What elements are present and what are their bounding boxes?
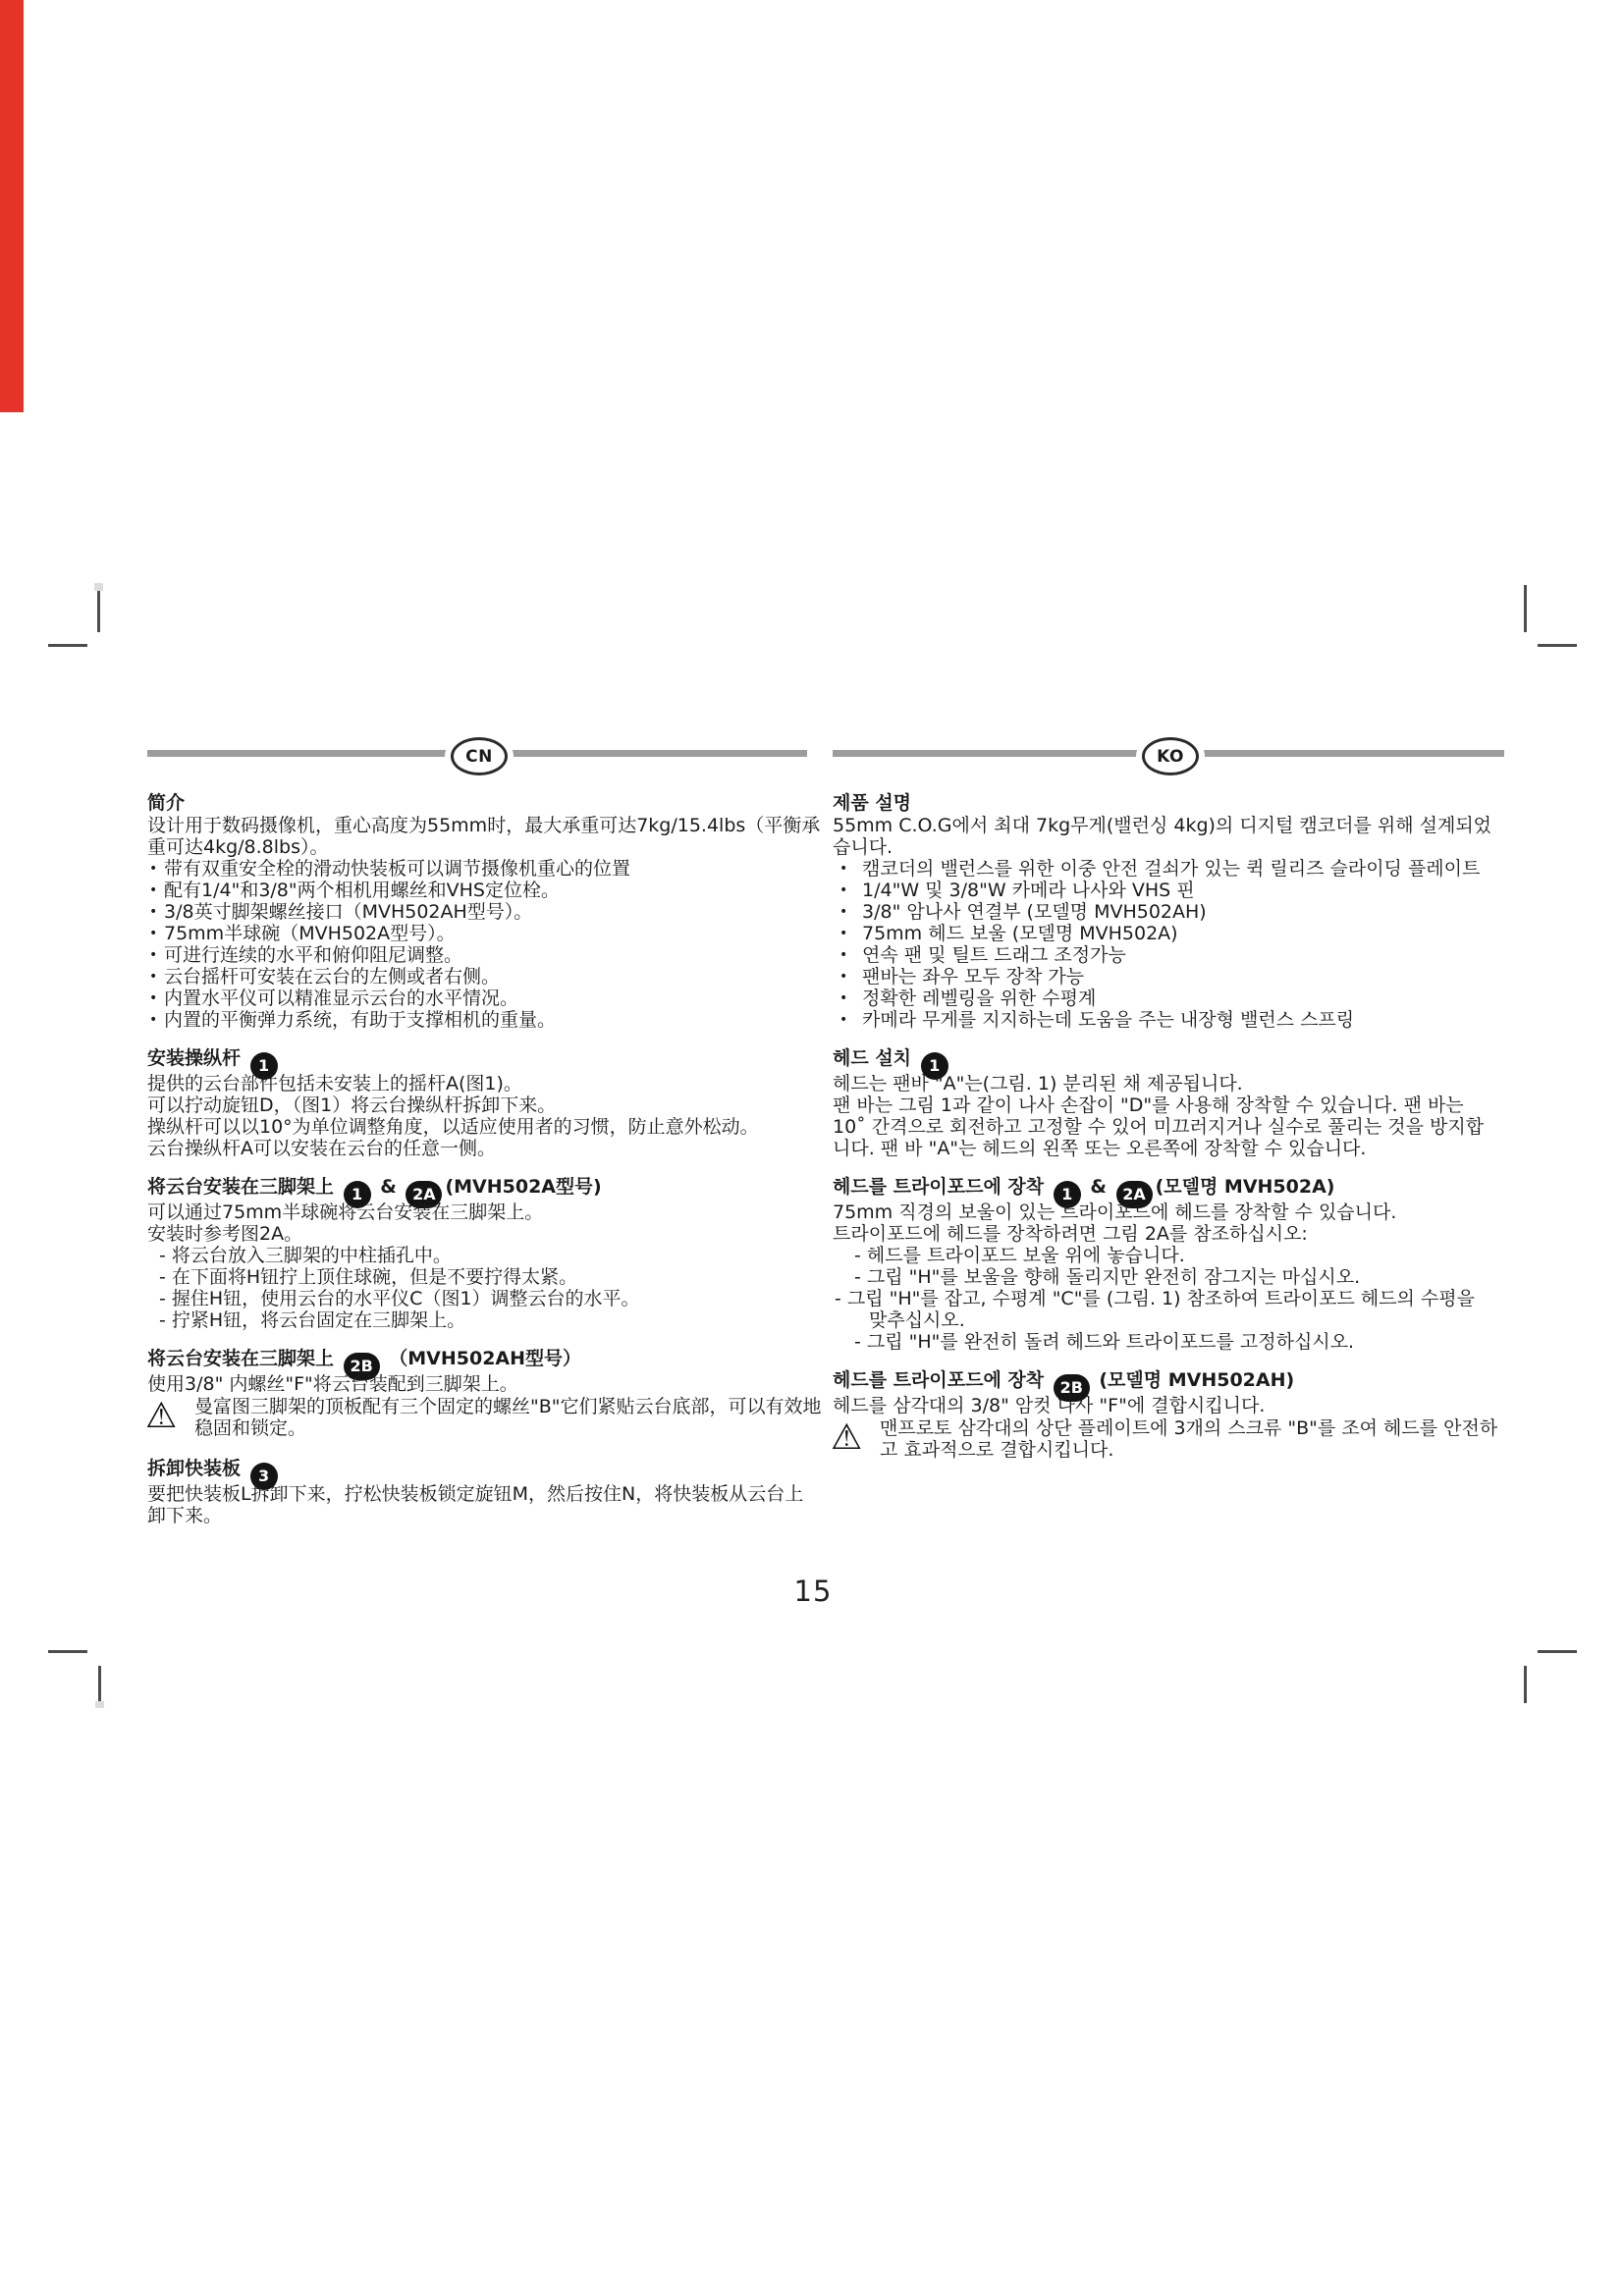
bullet-item: •3/8英寸脚架螺丝接口（MVH502AH型号）。: [147, 901, 811, 923]
step-line: - 그립 "H"를 완전히 돌려 헤드와 트라이포드를 고정하십시오.: [833, 1331, 1510, 1353]
text-line: 습니다.: [833, 836, 1510, 858]
step-line: - 그립 "H"를 보울을 향해 돌리지만 완전히 잠그지는 마십시오.: [833, 1266, 1510, 1288]
text-line: 设计用于数码摄像机，重心高度为55mm时，最大承重可达7kg/15.4lbs（平…: [147, 815, 811, 836]
text-line: 操纵杆可以以10°为单位调整角度，以适应使用者的习惯，防止意外松动。: [147, 1116, 811, 1138]
step-line: - 拧紧H钮，将云台固定在三脚架上。: [147, 1309, 811, 1331]
text-line: 卸下来。: [147, 1505, 811, 1526]
crop-mark-bottom-right-vertical: [1524, 1666, 1527, 1703]
bullet-icon: •: [149, 944, 157, 966]
crop-mark-top-left-horizontal: [48, 644, 87, 647]
text-line: 팬 바는 그림 1과 같이 나사 손잡이 "D"를 사용해 장착할 수 있습니다…: [833, 1095, 1510, 1116]
crop-mark-top-right-horizontal: [1538, 644, 1577, 647]
warning-icon: ⚠: [831, 1418, 862, 1458]
step-line: - 将云台放入三脚架的中柱插孔中。: [147, 1245, 811, 1266]
text-line: 可以通过75mm半球碗将云台安装在三脚架上。: [147, 1201, 811, 1223]
bullet-item: •75mm 헤드 보울 (모델명 MVH502A): [833, 923, 1510, 944]
text-line: 니다. 팬 바 "A"는 헤드의 왼쪽 또는 오른쪽에 장착할 수 있습니다.: [833, 1138, 1510, 1159]
bullet-icon: •: [839, 966, 847, 988]
section-heading: 헤드를 트라이포드에 장착 2B (모델명 MVH502AH): [833, 1365, 1510, 1395]
warning-text-line: 曼富图三脚架的顶板配有三个固定的螺丝"B"它们紧贴云台底部，可以有效地: [194, 1396, 811, 1417]
text-line: 重可达4kg/8.8lbs）。: [147, 836, 811, 858]
text-line: 云台操纵杆A可以安装在云台的任意一侧。: [147, 1138, 811, 1159]
text-line: 提供的云台部件包括未安装上的摇杆A(图1)。: [147, 1073, 811, 1095]
section-heading: 安装操纵杆 1: [147, 1043, 811, 1073]
bullet-icon: •: [149, 901, 157, 923]
warning-icon: ⚠: [145, 1397, 177, 1436]
section-heading: 헤드를 트라이포드에 장착 1 & 2A(모델명 MVH502A): [833, 1172, 1510, 1201]
bullet-item: •카메라 무게를 지지하는데 도움을 주는 내장형 밸런스 스프링: [833, 1009, 1510, 1031]
section-heading: 헤드 설치 1: [833, 1043, 1510, 1073]
section-heading: 简介: [147, 791, 811, 815]
section-heading: 제품 설명: [833, 791, 1510, 815]
korean-column: 제품 설명55mm C.O.G에서 최대 7kg무게(밸런싱 4kg)의 디지털…: [833, 785, 1510, 1463]
bullet-item: •연속 팬 및 틸트 드래그 조정가능: [833, 944, 1510, 966]
bullet-icon: •: [839, 858, 847, 880]
section-heading: 将云台安装在三脚架上 1 & 2A(MVH502A型号): [147, 1172, 811, 1201]
bullet-item: •内置水平仪可以精准显示云台的水平情况。: [147, 988, 811, 1009]
text-line: 10˚ 간격으로 회전하고 고정할 수 있어 미끄러지거나 실수로 풀리는 것을…: [833, 1116, 1510, 1138]
bullet-item: •정확한 레벨링을 위한 수평계: [833, 988, 1510, 1009]
bullet-item: •内置的平衡弹力系统，有助于支撑相机的重量。: [147, 1009, 811, 1031]
crop-mark-bottom-right-horizontal: [1538, 1650, 1577, 1653]
page-number: 15: [774, 1575, 852, 1608]
bullet-icon: •: [149, 988, 157, 1009]
text-line: 트라이포드에 헤드를 장착하려면 그림 2A를 참조하십시오:: [833, 1223, 1510, 1245]
bullet-item: •配有1/4"和3/8"两个相机用螺丝和VHS定位栓。: [147, 880, 811, 901]
step-line: - 在下面将H钮拧上顶住球碗，但是不要拧得太紧。: [147, 1266, 811, 1288]
bullet-item: •팬바는 좌우 모두 장착 가능: [833, 966, 1510, 988]
bullet-item: •캠코더의 밸런스를 위한 이중 안전 걸쇠가 있는 퀵 릴리즈 슬라이딩 플레…: [833, 858, 1510, 880]
crop-mark-top-right-vertical: [1524, 585, 1527, 632]
text-line: 헤드는 팬바 "A"는(그림. 1) 분리된 채 제공됩니다.: [833, 1073, 1510, 1095]
step-line: - 그립 "H"를 잡고, 수평계 "C"를 (그림. 1) 참조하여 트라이포…: [833, 1288, 1510, 1309]
text-line: 55mm C.O.G에서 최대 7kg무게(밸런싱 4kg)의 디지털 캠코더를…: [833, 815, 1510, 836]
bullet-icon: •: [839, 901, 847, 923]
text-line: 75mm 직경의 보울이 있는 트라이포드에 헤드를 장착할 수 있습니다.: [833, 1201, 1510, 1223]
warning-text-line: 稳固和锁定。: [194, 1417, 811, 1439]
crop-mark-cap: [94, 583, 103, 591]
crop-mark-cap: [95, 1701, 104, 1708]
bullet-icon: •: [839, 944, 847, 966]
bullet-icon: •: [839, 1009, 847, 1031]
manual-page: { "page_number": "15", "language_badges"…: [0, 0, 1624, 2296]
crop-mark-bottom-left-vertical: [98, 1666, 101, 1703]
bullet-icon: •: [149, 966, 157, 988]
cn-language-badge: CN: [451, 737, 508, 775]
chinese-column: 简介设计用于数码摄像机，重心高度为55mm时，最大承重可达7kg/15.4lbs…: [147, 785, 811, 1526]
bullet-item: •1/4"W 및 3/8"W 카메라 나사와 VHS 핀: [833, 880, 1510, 901]
text-line: 要把快装板L拆卸下来，拧松快装板锁定旋钮M，然后按住N，将快装板从云台上: [147, 1483, 811, 1505]
bullet-item: •云台摇杆可安装在云台的左侧或者右侧。: [147, 966, 811, 988]
step-line: - 헤드를 트라이포드 보울 위에 놓습니다.: [833, 1245, 1510, 1266]
bullet-icon: •: [839, 988, 847, 1009]
page-background: CN KO 简介设计用于数码摄像机，重心高度为55mm时，最大承重可达7kg/1…: [0, 0, 1624, 2296]
text-line: 헤드를 삼각대의 3/8" 암컷 나사 "F"에 결합시킵니다.: [833, 1395, 1510, 1416]
bullet-icon: •: [149, 1009, 157, 1031]
crop-mark-top-left-vertical: [97, 585, 100, 632]
warning-note: ⚠曼富图三脚架的顶板配有三个固定的螺丝"B"它们紧贴云台底部，可以有效地稳固和锁…: [147, 1396, 811, 1441]
text-line: 安装时参考图2A。: [147, 1223, 811, 1245]
ko-language-badge: KO: [1142, 737, 1199, 775]
bullet-icon: •: [149, 923, 157, 944]
bullet-icon: •: [149, 858, 157, 880]
warning-text-line: 고 효과적으로 결합시킵니다.: [880, 1439, 1510, 1461]
bullet-item: •3/8" 암나사 연결부 (모델명 MVH502AH): [833, 901, 1510, 923]
bullet-icon: •: [839, 880, 847, 901]
warning-note: ⚠맨프로토 삼각대의 상단 플레이트에 3개의 스크류 "B"를 조여 헤드를 …: [833, 1417, 1510, 1463]
bullet-icon: •: [149, 880, 157, 901]
bullet-item: •带有双重安全栓的滑动快装板可以调节摄像机重心的位置: [147, 858, 811, 880]
bullet-icon: •: [839, 923, 847, 944]
bullet-item: •可进行连续的水平和俯仰阻尼调整。: [147, 944, 811, 966]
section-heading: 拆卸快装板 3: [147, 1454, 811, 1483]
warning-text-line: 맨프로토 삼각대의 상단 플레이트에 3개의 스크류 "B"를 조여 헤드를 안…: [880, 1417, 1510, 1439]
bullet-item: •75mm半球碗（MVH502A型号）。: [147, 923, 811, 944]
section-heading: 将云台安装在三脚架上 2B （MVH502AH型号）: [147, 1344, 811, 1373]
text-line: 使用3/8" 内螺丝"F"将云台装配到三脚架上。: [147, 1373, 811, 1395]
crop-mark-bottom-left-horizontal: [48, 1650, 87, 1653]
red-accent-bar: [0, 0, 24, 412]
text-line: 可以拧动旋钮D，（图1）将云台操纵杆拆卸下来。: [147, 1095, 811, 1116]
step-line: 맞추십시오.: [833, 1309, 1510, 1331]
step-line: - 握住H钮，使用云台的水平仪C（图1）调整云台的水平。: [147, 1288, 811, 1309]
